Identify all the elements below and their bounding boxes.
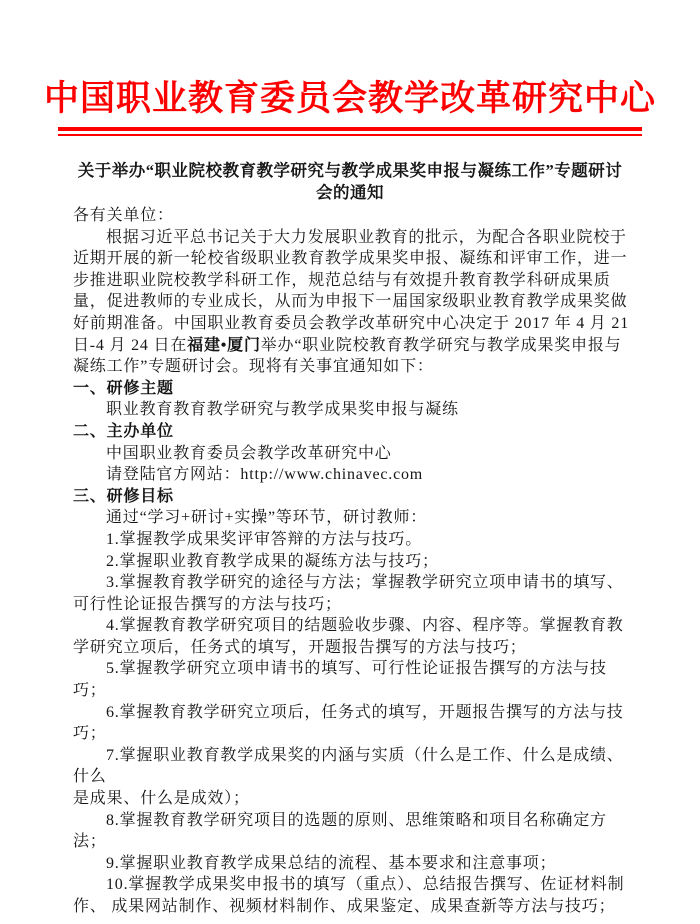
- body-line: 6.掌握教育教学研究立项后，任务式的填写，开题报告撰写的方法与技: [73, 702, 630, 724]
- body-line: 好前期准备。中国职业教育委员会教学改革研究中心决定于 2017 年 4 月 21: [73, 313, 630, 335]
- body-line: 9.掌握职业教育教学成果总结的流程、基本要求和注意事项；: [73, 853, 630, 875]
- text-segment: 10.掌握教学成果奖申报书的填写（重点）、总结报告撰写、佐证材料制: [106, 876, 624, 893]
- notice-title-line-2: 会的通知: [0, 182, 700, 204]
- org-name: 中国职业教育委员会教学改革研究中心: [0, 74, 700, 124]
- text-segment: 日-4 月 24 日在: [73, 337, 187, 354]
- body-line: 请登陆官方网站：http://www.chinavec.com: [73, 464, 630, 486]
- body-line: 一、研修主题: [73, 378, 630, 400]
- text-segment: 是成果、什么是成效）；: [73, 790, 250, 807]
- body-line: 8.掌握教育教学研究项目的选题的原则、思维策略和项目名称确定方: [73, 810, 630, 832]
- notice-title-line-1: 关于举办“职业院校教育教学研究与教学成果奖申报与凝练工作”专题研讨: [0, 160, 700, 182]
- body-line: 根据习近平总书记关于大力发展职业教育的批示，为配合各职业院校于: [73, 227, 630, 249]
- body-line: 量，促进教师的专业成长，从而为申报下一届国家级职业教育教学成果奖做: [73, 291, 630, 313]
- text-segment: 7.掌握职业教育教学成果奖的内涵与实质（什么是工作、什么是成绩、: [106, 747, 624, 764]
- body-line: 三、研修目标: [73, 486, 630, 508]
- text-segment: 6.掌握教育教学研究立项后，任务式的填写，开题报告撰写的方法与技: [106, 704, 624, 721]
- body-line: 2.掌握职业教育教学成果的凝练方法与技巧；: [73, 551, 630, 573]
- text-segment: 通过“学习+研讨+实操”等环节，研讨教师：: [106, 509, 427, 526]
- body-line: 法；: [73, 831, 630, 853]
- body-line: 1.掌握教学成果奖评审答辩的方法与技巧。: [73, 529, 630, 551]
- body-line: 4.掌握教育教学研究项目的结题验收步骤、内容、程序等。掌握教育教: [73, 615, 630, 637]
- text-segment: 近期开展的新一轮校省级职业教育教学成果奖申报、凝练和评审工作，进一: [73, 250, 627, 267]
- text-segment: 8.掌握教育教学研究项目的选题的原则、思维策略和项目名称确定方: [106, 812, 607, 829]
- body-line: 近期开展的新一轮校省级职业教育教学成果奖申报、凝练和评审工作，进一: [73, 248, 630, 270]
- text-segment: 各有关单位：: [73, 207, 174, 224]
- text-segment: 4.掌握教育教学研究项目的结题验收步骤、内容、程序等。掌握教育教: [106, 617, 624, 634]
- text-segment: 职业教育教育教学研究与教学成果奖申报与凝练: [106, 401, 459, 418]
- text-segment: 巧；: [73, 682, 107, 699]
- emphasized-text: 福建•厦门: [187, 337, 261, 354]
- text-segment: 3.掌握教育教学研究的途径与方法；掌握教学研究立项申请书的填写、: [106, 574, 624, 591]
- text-segment: 2.掌握职业教育教学成果的凝练方法与技巧；: [106, 553, 439, 570]
- body-line: 作、 成果网站制作、视频材料制作、成果鉴定、成果查新等方法与技巧；: [73, 896, 630, 918]
- body-line: 中国职业教育委员会教学改革研究中心: [73, 443, 630, 465]
- body-line: 各有关单位：: [73, 205, 630, 227]
- body-line: 步推进职业院校教学科研工作，规范总结与有效提升教育教学科研成果质: [73, 270, 630, 292]
- text-segment: 学研究立项后，任务式的填写，开题报告撰写的方法与技巧；: [73, 639, 527, 656]
- body-line: 3.掌握教育教学研究的途径与方法；掌握教学研究立项申请书的填写、: [73, 572, 630, 594]
- body-line: 通过“学习+研讨+实操”等环节，研讨教师：: [73, 507, 630, 529]
- letterhead: 中国职业教育委员会教学改革研究中心: [0, 0, 700, 136]
- document-page: 中国职业教育委员会教学改革研究中心 关于举办“职业院校教育教学研究与教学成果奖申…: [0, 0, 700, 924]
- letterhead-rule-thin: [58, 134, 642, 136]
- text-segment: 步推进职业院校教学科研工作，规范总结与有效提升教育教学科研成果质: [73, 272, 611, 289]
- text-segment: 作、 成果网站制作、视频材料制作、成果鉴定、成果查新等方法与技巧；: [73, 898, 615, 915]
- body-line: 巧；: [73, 680, 630, 702]
- body-line: 5.掌握教学研究立项申请书的填写、可行性论证报告撰写的方法与技: [73, 658, 630, 680]
- notice-body: 各有关单位：根据习近平总书记关于大力发展职业教育的批示，为配合各职业院校于近期开…: [73, 205, 630, 918]
- body-line: 是成果、什么是成效）；: [73, 788, 630, 810]
- body-line: 日-4 月 24 日在福建•厦门举办“职业院校教育教学研究与教学成果奖申报与: [73, 335, 630, 357]
- letterhead-rule-thick: [58, 127, 642, 131]
- body-line: 可行性论证报告撰写的方法与技巧；: [73, 594, 630, 616]
- body-line: 10.掌握教学成果奖申报书的填写（重点）、总结报告撰写、佐证材料制: [73, 874, 630, 896]
- body-line: 二、主办单位: [73, 421, 630, 443]
- text-segment: 一、研修主题: [73, 380, 174, 397]
- notice-title: 关于举办“职业院校教育教学研究与教学成果奖申报与凝练工作”专题研讨 会的通知: [0, 160, 700, 204]
- text-segment: 中国职业教育委员会教学改革研究中心: [106, 445, 392, 462]
- text-segment: 法；: [73, 833, 107, 850]
- body-line: 职业教育教育教学研究与教学成果奖申报与凝练: [73, 399, 630, 421]
- text-segment: 请登陆官方网站：http://www.chinavec.com: [106, 466, 423, 483]
- text-segment: 量，促进教师的专业成长，从而为申报下一届国家级职业教育教学成果奖做: [73, 293, 627, 310]
- text-segment: 二、主办单位: [73, 423, 174, 440]
- body-line: 7.掌握职业教育教学成果奖的内涵与实质（什么是工作、什么是成绩、: [73, 745, 630, 767]
- text-segment: 举办“职业院校教育教学研究与教学成果奖申报与: [261, 337, 622, 354]
- text-segment: 三、研修目标: [73, 488, 174, 505]
- text-segment: 根据习近平总书记关于大力发展职业教育的批示，为配合各职业院校于: [106, 229, 627, 246]
- body-line: 学研究立项后，任务式的填写，开题报告撰写的方法与技巧；: [73, 637, 630, 659]
- text-segment: 凝练工作”专题研讨会。现将有关事宜通知如下：: [73, 358, 434, 375]
- text-segment: 1.掌握教学成果奖评审答辩的方法与技巧。: [106, 531, 422, 548]
- body-line: 凝练工作”专题研讨会。现将有关事宜通知如下：: [73, 356, 630, 378]
- body-line: 什么: [73, 766, 630, 788]
- text-segment: 巧；: [73, 725, 107, 742]
- text-segment: 好前期准备。中国职业教育委员会教学改革研究中心决定于 2017 年 4 月 21: [73, 315, 629, 332]
- text-segment: 可行性论证报告撰写的方法与技巧；: [73, 596, 342, 613]
- text-segment: 什么: [73, 768, 107, 785]
- text-segment: 9.掌握职业教育教学成果总结的流程、基本要求和注意事项；: [106, 855, 556, 872]
- body-line: 巧；: [73, 723, 630, 745]
- text-segment: 5.掌握教学研究立项申请书的填写、可行性论证报告撰写的方法与技: [106, 660, 607, 677]
